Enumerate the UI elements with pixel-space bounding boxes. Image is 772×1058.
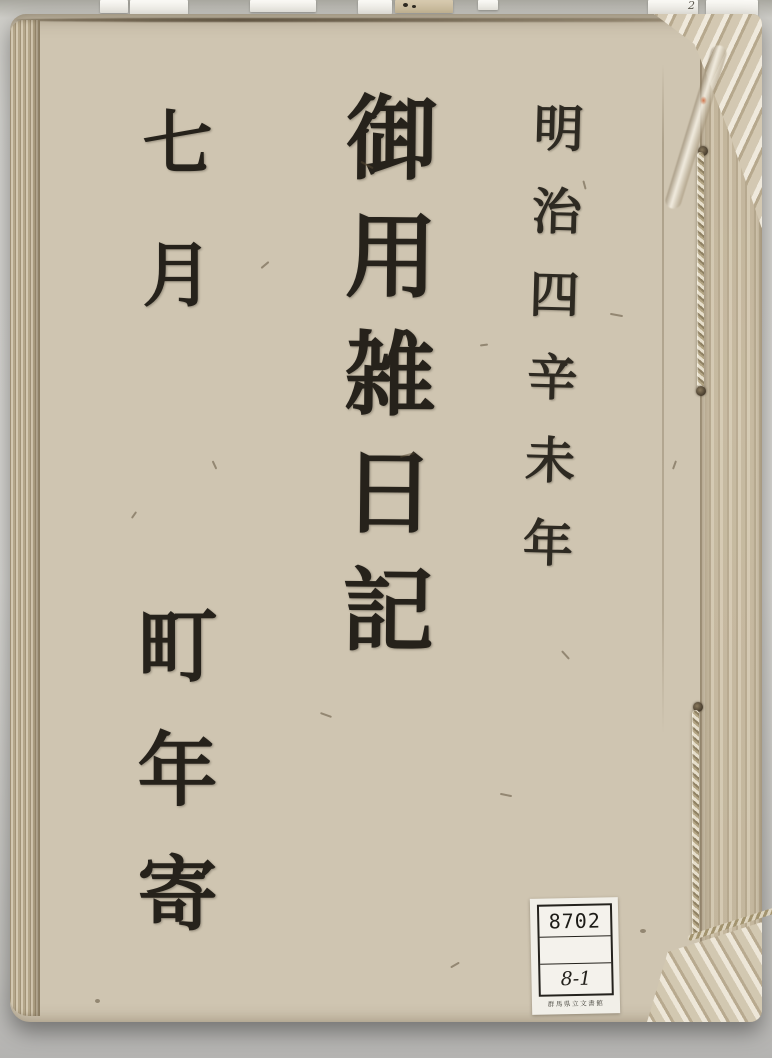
archive-code: 8-1: [540, 963, 612, 994]
paper-fibre: [672, 460, 677, 469]
paper-tab: 2: [648, 0, 698, 15]
signature-calligraphy: 町年寄: [130, 604, 210, 976]
archive-institution: 群馬県立文書館: [534, 998, 618, 1009]
paper-fibre: [500, 793, 512, 797]
archive-number: 8702: [539, 905, 611, 936]
archive-label-box: 8702 8-1: [537, 903, 614, 997]
binding-hole: [696, 386, 706, 396]
manuscript-cover: 明治四辛未年 御用雑日記 七月 町年寄 8702 8-1 群馬県立文書館: [10, 14, 762, 1022]
red-ink-mark: [700, 96, 707, 105]
paper-fibre: [131, 511, 137, 519]
archive-label-blank-row: [540, 935, 612, 964]
paper-tab: [395, 0, 453, 13]
ink-speck: [412, 5, 416, 8]
paper-fibre: [320, 712, 332, 718]
photo-of-manuscript-cover: 2 明治四辛未年 御用雑日記 七月 町年寄 8702 8-1 群馬県立文書館: [0, 0, 772, 1058]
paper-fibre: [561, 650, 570, 660]
pencil-note: 2: [688, 0, 695, 12]
paper-fibre: [582, 180, 586, 189]
binding-cord-upper: [697, 152, 704, 394]
paper-speck: [640, 929, 646, 933]
binding-cord-lower: [692, 710, 699, 936]
archive-label: 8702 8-1 群馬県立文書館: [530, 897, 620, 1015]
cover-sheet-crease: [662, 64, 664, 734]
paper-speck: [95, 999, 100, 1003]
title-calligraphy: 御用雑日記: [333, 90, 430, 681]
era-date-calligraphy: 明治四辛未年: [517, 101, 580, 600]
paper-fibre: [480, 343, 488, 346]
paper-tab: [100, 0, 128, 13]
paper-tab: [358, 0, 392, 14]
paper-tab: [478, 0, 498, 10]
page-block-edge: [10, 20, 40, 1016]
month-calligraphy: 七月: [137, 106, 207, 370]
paper-fibre: [212, 460, 218, 469]
ink-speck: [403, 3, 408, 7]
paper-tab: [250, 0, 316, 12]
paper-fibre: [450, 962, 460, 969]
paper-fibre: [610, 313, 623, 317]
paper-fibre: [261, 261, 270, 269]
